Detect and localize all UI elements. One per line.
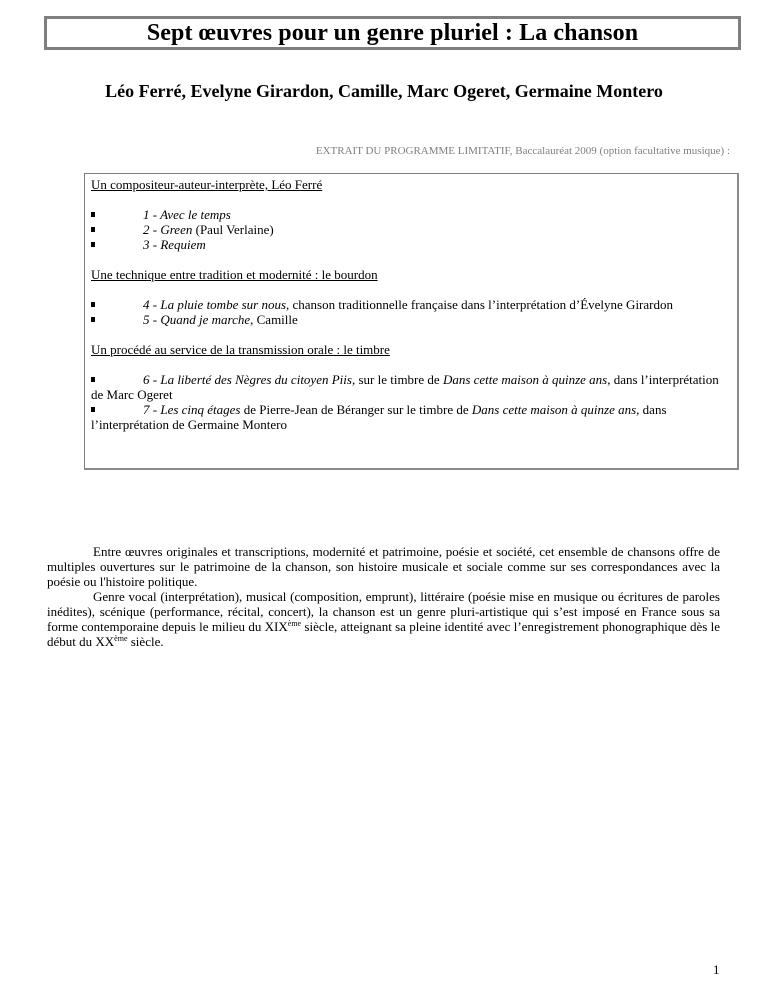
section-leo-ferre: Un compositeur-auteur-interprète, Léo Fe… xyxy=(91,177,729,252)
bullet-icon xyxy=(91,317,95,322)
list-item: 7 - Les cinq étages de Pierre-Jean de Bé… xyxy=(91,402,729,432)
paragraph-intro: Entre œuvres originales et transcription… xyxy=(47,544,720,589)
work-title: La liberté des Nègres du citoyen Piis xyxy=(160,372,352,387)
work-number: 3 - xyxy=(143,237,160,252)
work-number: 6 - xyxy=(143,372,160,387)
work-title: Requiem xyxy=(160,237,205,252)
section-heading: Un compositeur-auteur-interprète, Léo Fe… xyxy=(91,177,729,192)
artists-subtitle: Léo Ferré, Evelyne Girardon, Camille, Ma… xyxy=(0,80,768,102)
list-item: 6 - La liberté des Nègres du citoyen Pii… xyxy=(91,372,729,402)
work-detail: , chanson traditionnelle française dans … xyxy=(286,297,673,312)
section-timbre: Un procédé au service de la transmission… xyxy=(91,342,729,432)
work-title: Quand je marche xyxy=(160,312,250,327)
title-box: Sept œuvres pour un genre pluriel : La c… xyxy=(44,16,741,50)
list-item: 4 - La pluie tombe sur nous, chanson tra… xyxy=(91,297,729,312)
bullet-icon xyxy=(91,227,95,232)
work-number: 2 - xyxy=(143,222,160,237)
work-detail: , Camille xyxy=(250,312,298,327)
bullet-icon xyxy=(91,242,95,247)
work-detail: (Paul Verlaine) xyxy=(192,222,273,237)
timbre-title: Dans cette maison à quinze ans xyxy=(472,402,636,417)
section-bourdon: Une technique entre tradition et moderni… xyxy=(91,267,729,327)
superscript: ème xyxy=(288,619,301,628)
list-item: 5 - Quand je marche, Camille xyxy=(91,312,729,327)
section-heading: Un procédé au service de la transmission… xyxy=(91,342,729,357)
page-number: 1 xyxy=(713,962,720,978)
paragraph-text: siècle. xyxy=(128,634,164,649)
work-number: 1 - xyxy=(143,207,160,222)
paragraph-genre: Genre vocal (interprétation), musical (c… xyxy=(47,589,720,649)
bullet-icon xyxy=(91,302,95,307)
work-detail: de Pierre-Jean de Béranger sur le timbre… xyxy=(241,402,472,417)
timbre-title: Dans cette maison à quinze ans xyxy=(443,372,607,387)
work-list: 1 - Avec le temps 2 - Green (Paul Verlai… xyxy=(91,207,729,252)
work-detail: , sur le timbre de xyxy=(352,372,443,387)
list-item: 2 - Green (Paul Verlaine) xyxy=(91,222,729,237)
work-number: 5 - xyxy=(143,312,160,327)
bullet-icon xyxy=(91,212,95,217)
body-text: Entre œuvres originales et transcription… xyxy=(47,544,720,649)
work-title: Green xyxy=(160,222,192,237)
section-heading: Une technique entre tradition et moderni… xyxy=(91,267,729,282)
bullet-icon xyxy=(91,407,95,412)
work-title: La pluie tombe sur nous xyxy=(160,297,286,312)
work-number: 7 - xyxy=(143,402,160,417)
program-extract-label: EXTRAIT DU PROGRAMME LIMITATIF, Baccalau… xyxy=(316,145,730,157)
work-title: Avec le temps xyxy=(160,207,231,222)
program-box: Un compositeur-auteur-interprète, Léo Fe… xyxy=(84,173,739,470)
work-title: Les cinq étages xyxy=(160,402,240,417)
list-item: 1 - Avec le temps xyxy=(91,207,729,222)
document-title: Sept œuvres pour un genre pluriel : La c… xyxy=(47,19,738,47)
superscript: ème xyxy=(114,634,127,643)
list-item: 3 - Requiem xyxy=(91,237,729,252)
bullet-icon xyxy=(91,377,95,382)
work-number: 4 - xyxy=(143,297,160,312)
